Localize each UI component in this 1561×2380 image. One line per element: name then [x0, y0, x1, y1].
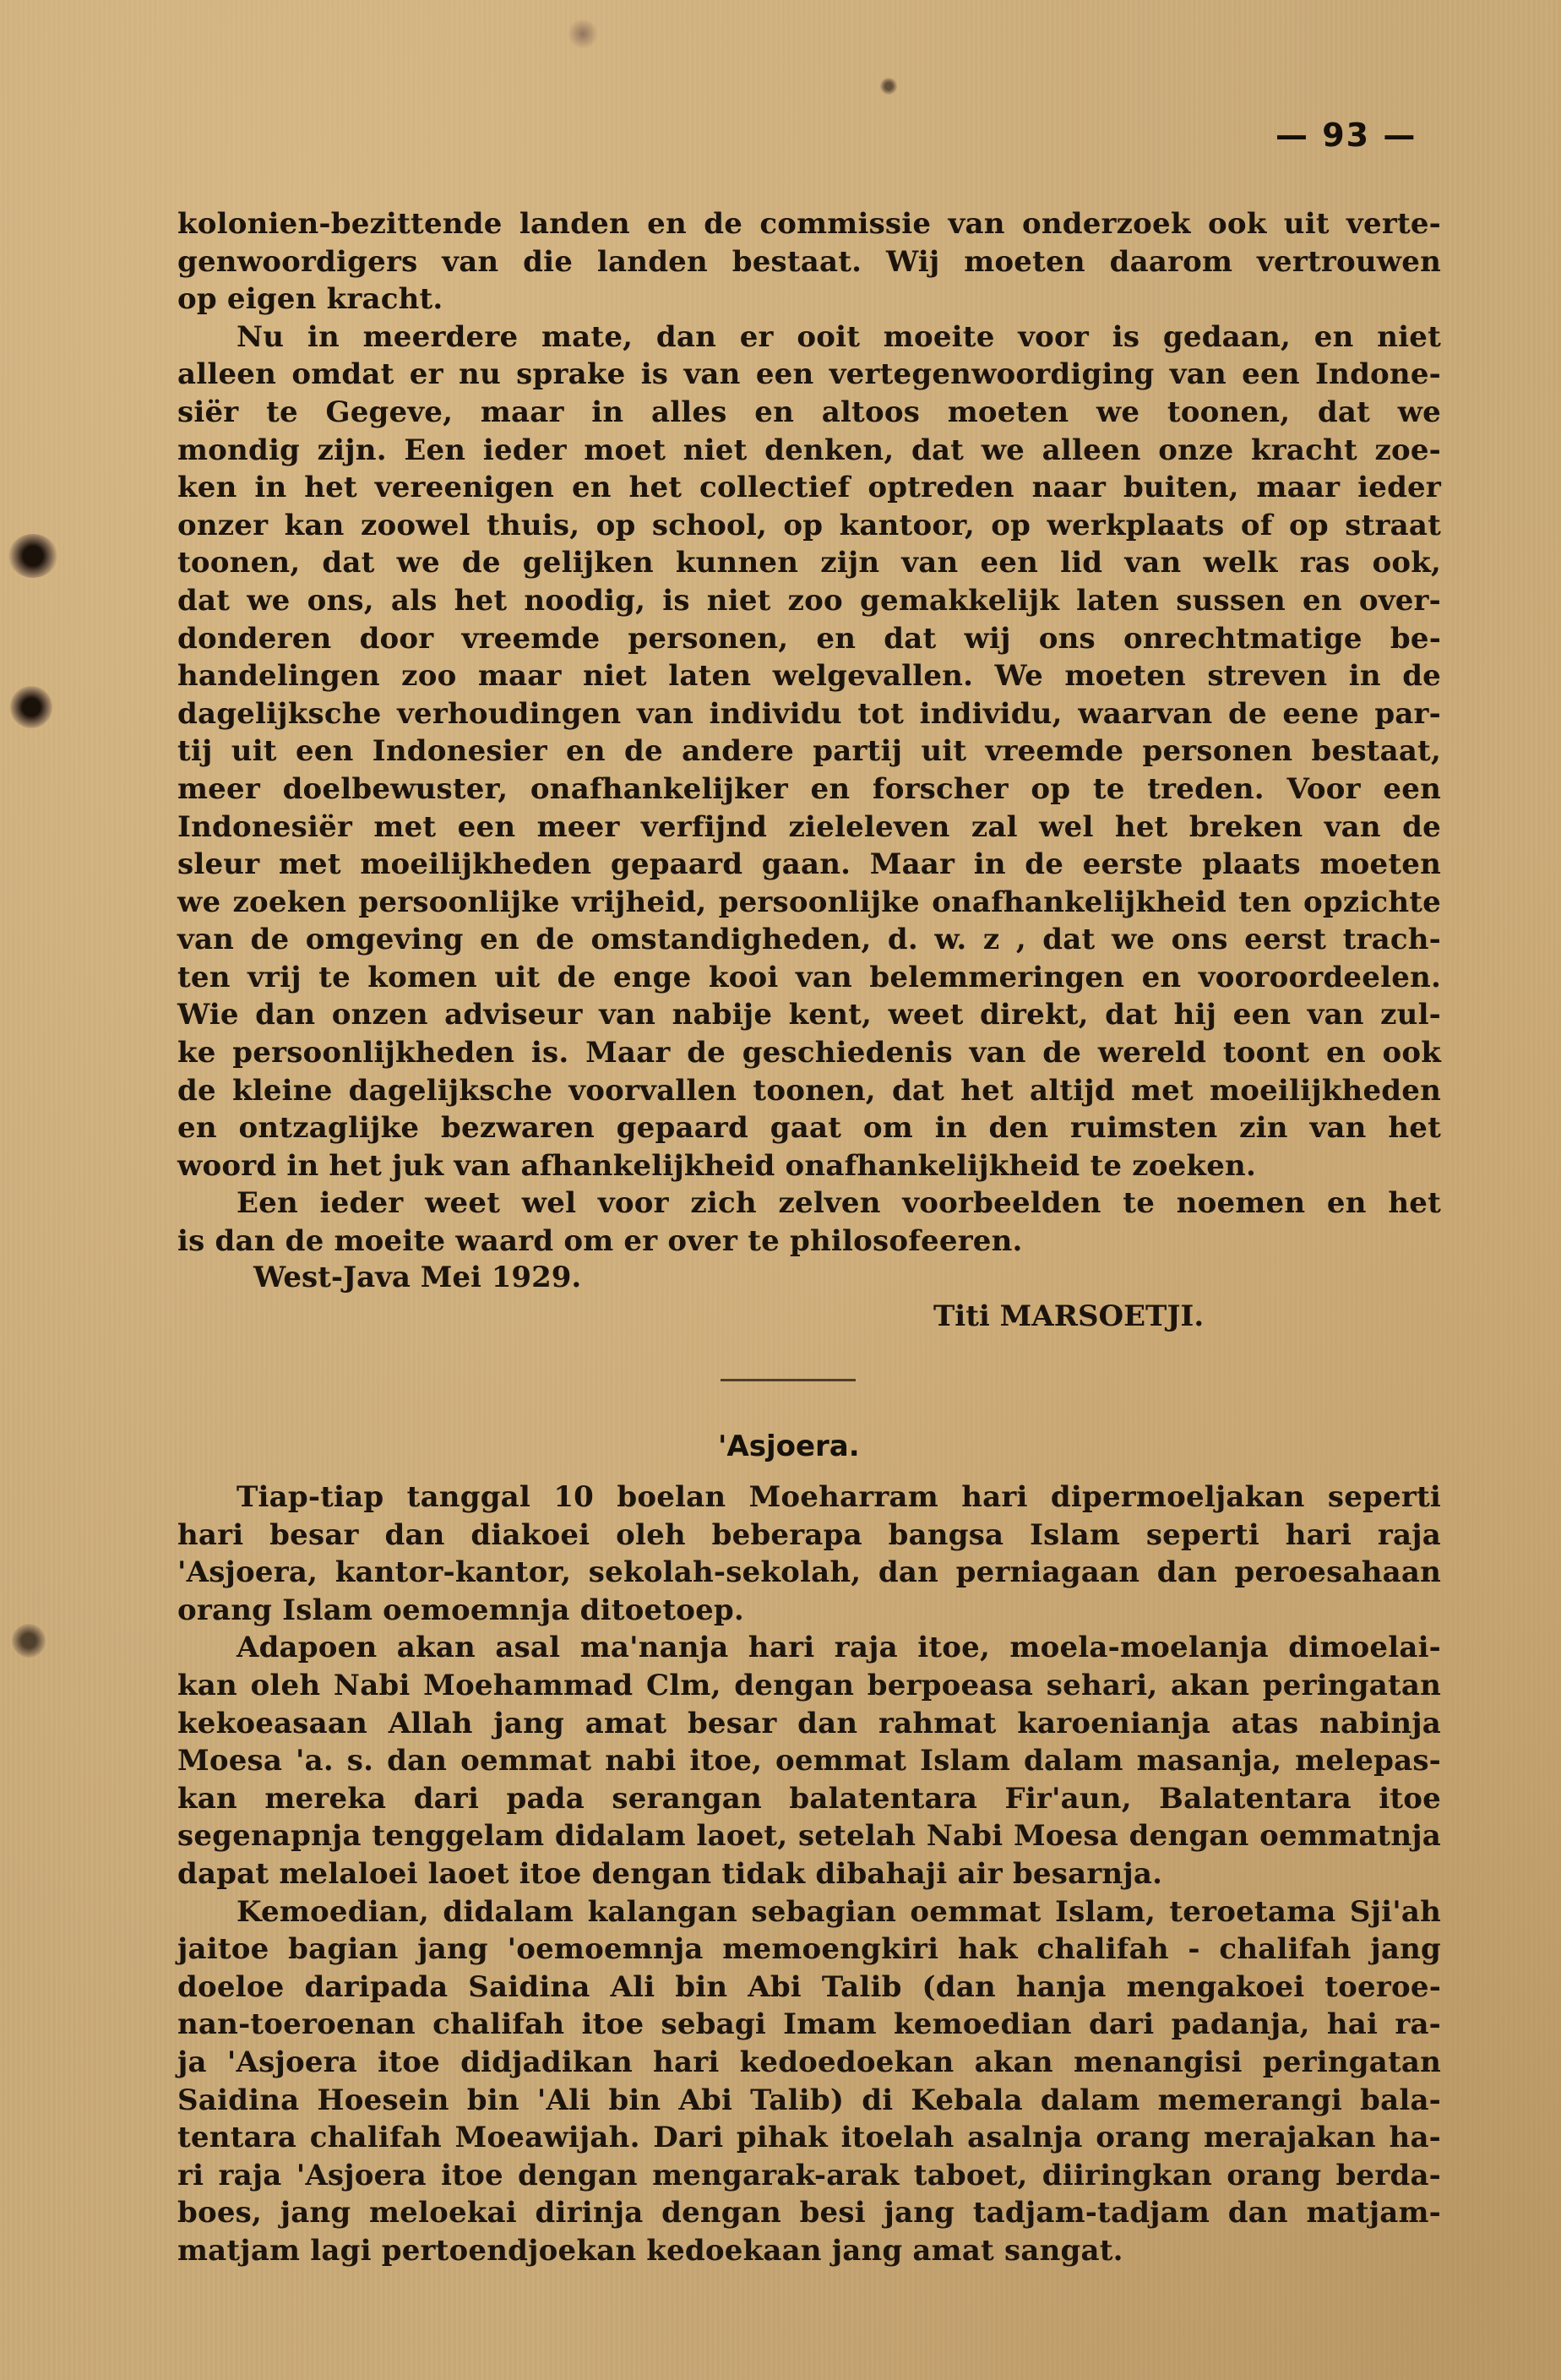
- text-line: tij uit een Indonesier en de andere part…: [177, 733, 1441, 771]
- text-line: donderen door vreemde personen, en dat w…: [177, 620, 1441, 658]
- text-line: hari besar dan diakoei oleh beberapa ban…: [177, 1517, 1441, 1555]
- text-line: sleur met moeilijkheden gepaard gaan. Ma…: [177, 846, 1441, 884]
- text-line: dapat melaloei laoet itoe dengan tidak d…: [177, 1855, 1441, 1893]
- text-line: segenapnja tenggelam didalam laoet, sete…: [177, 1817, 1441, 1855]
- text-line: meer doelbewuster, onafhankelijker en fo…: [177, 771, 1441, 809]
- text-line: nan-toeroenan chalifah itoe sebagi Imam …: [177, 2006, 1441, 2044]
- text-line: ten vrij te komen uit de enge kooi van b…: [177, 959, 1441, 997]
- dateline: West-Java Mei 1929.: [253, 1261, 581, 1294]
- text-line: de kleine dagelijksche voorvallen toonen…: [177, 1072, 1441, 1110]
- text-line: kolonien-bezittende landen en de commiss…: [177, 205, 1441, 243]
- text-line: ri raja 'Asjoera itoe dengan mengarak-ar…: [177, 2157, 1441, 2195]
- text-line: toonen, dat we de gelijken kunnen zijn v…: [177, 544, 1441, 582]
- text-line: dat we ons, als het noodig, is niet zoo …: [177, 582, 1441, 620]
- text-line: Kemoedian, didalam kalangan sebagian oem…: [177, 1893, 1441, 1931]
- paper-hole: [12, 1624, 46, 1658]
- text-line: genwoordigers van die landen bestaat. Wi…: [177, 243, 1441, 281]
- text-line: van de omgeving en de omstandigheden, d.…: [177, 921, 1441, 959]
- text-line: doeloe daripada Saidina Ali bin Abi Tali…: [177, 1969, 1441, 2007]
- text-line: boes, jang meloekai dirinja dengan besi …: [177, 2194, 1441, 2232]
- text-line: matjam lagi pertoendjoekan kedoekaan jan…: [177, 2232, 1441, 2270]
- paper-hole: [880, 78, 897, 95]
- scanned-page: — 93 — kolonien-bezittende landen en de …: [0, 0, 1561, 2380]
- text-line: Adapoen akan asal ma'nanja hari raja ito…: [177, 1629, 1441, 1667]
- text-line: mondig zijn. Een ieder moet niet denken,…: [177, 432, 1441, 470]
- text-line: we zoeken persoonlijke vrijheid, persoon…: [177, 884, 1441, 922]
- text-line: tentara chalifah Moeawijah. Dari pihak i…: [177, 2119, 1441, 2157]
- text-line: Saidina Hoesein bin 'Ali bin Abi Talib) …: [177, 2082, 1441, 2120]
- text-line: ken in het vereenigen en het collectief …: [177, 469, 1441, 507]
- text-line: handelingen zoo maar niet laten welgeval…: [177, 657, 1441, 695]
- text-line: Indonesiër met een meer verfijnd zielele…: [177, 809, 1441, 847]
- text-line: jaitoe bagian jang 'oemoemnja memoengkir…: [177, 1931, 1441, 1969]
- text-line: kekoeasaan Allah jang amat besar dan rah…: [177, 1705, 1441, 1743]
- article-body-dutch: kolonien-bezittende landen en de commiss…: [177, 205, 1441, 1261]
- text-line: Een ieder weet wel voor zich zelven voor…: [177, 1185, 1441, 1223]
- text-line: Wie dan onzen adviseur van nabije kent, …: [177, 996, 1441, 1034]
- text-line: alleen omdat er nu sprake is van een ver…: [177, 356, 1441, 394]
- text-line: ja 'Asjoera itoe didjadikan hari kedoedo…: [177, 2044, 1441, 2082]
- text-line: kan mereka dari pada serangan balatentar…: [177, 1780, 1441, 1818]
- text-line: 'Asjoera, kantor-kantor, sekolah-sekolah…: [177, 1554, 1441, 1592]
- paper-hole: [10, 686, 52, 728]
- section-divider: [721, 1379, 856, 1381]
- text-line: ke persoonlijkheden is. Maar de geschied…: [177, 1034, 1441, 1072]
- page-number: — 93 —: [1275, 117, 1417, 154]
- text-line: Tiap-tiap tanggal 10 boelan Moeharram ha…: [177, 1479, 1441, 1517]
- article-body-malay: Tiap-tiap tanggal 10 boelan Moeharram ha…: [177, 1479, 1441, 2269]
- text-line: orang Islam oemoemnja ditoetoep.: [177, 1592, 1441, 1630]
- paper-stain: [568, 19, 598, 49]
- text-line: woord in het juk van afhankelijkheid ona…: [177, 1147, 1441, 1185]
- text-line: is dan de moeite waard om er over te phi…: [177, 1223, 1441, 1261]
- paper-hole: [8, 534, 57, 578]
- text-line: siër te Gegeve, maar in alles en altoos …: [177, 394, 1441, 432]
- text-line: kan oleh Nabi Moehammad Clm, dengan berp…: [177, 1667, 1441, 1705]
- text-line: en ontzaglijke bezwaren gepaard gaat om …: [177, 1109, 1441, 1147]
- text-line: onzer kan zoowel thuis, op school, op ka…: [177, 507, 1441, 545]
- text-line: Nu in meerdere mate, dan er ooit moeite …: [177, 319, 1441, 357]
- text-line: dagelijksche verhoudingen van individu t…: [177, 695, 1441, 733]
- article-title: 'Asjoera.: [718, 1430, 971, 1463]
- author-signature: Titi MARSOETJI.: [933, 1299, 1204, 1333]
- text-line: Moesa 'a. s. dan oemmat nabi itoe, oemma…: [177, 1742, 1441, 1780]
- text-line: op eigen kracht.: [177, 280, 1441, 319]
